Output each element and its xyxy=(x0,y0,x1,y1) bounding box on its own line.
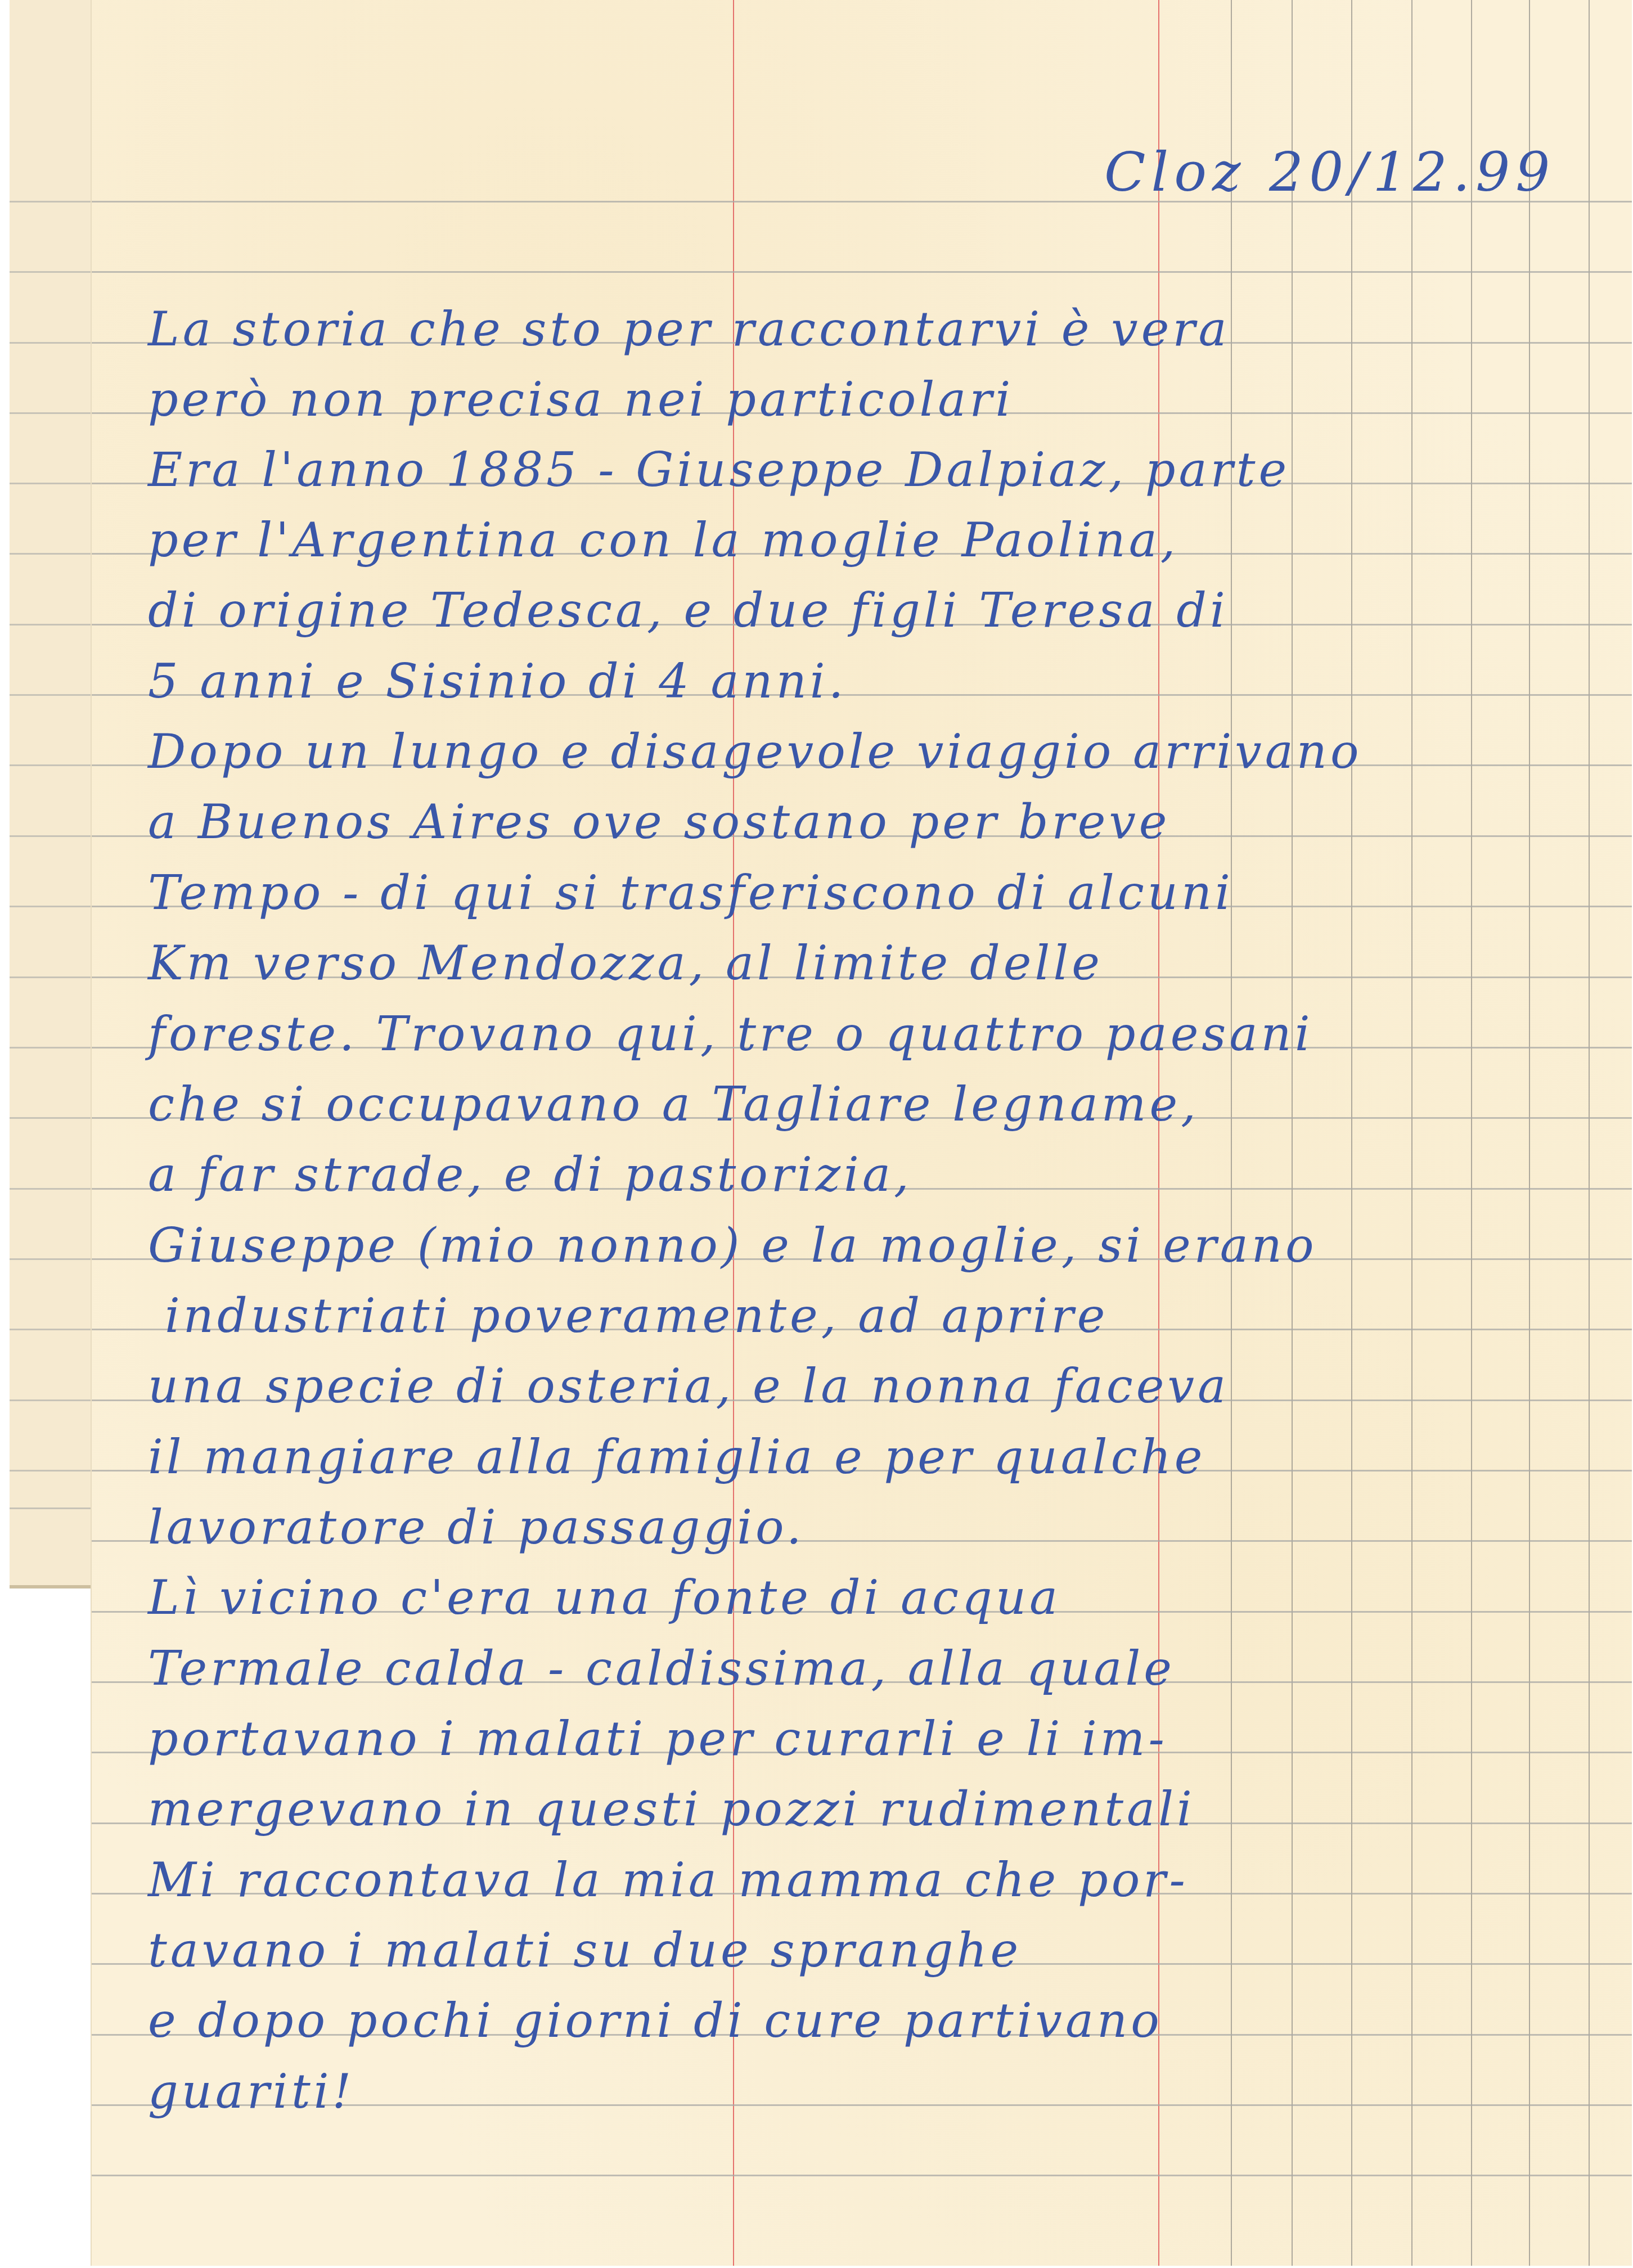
ruled-line xyxy=(10,835,100,837)
text-line: tavano i malati su due spranghe xyxy=(148,1927,1022,1974)
text-line: una specie di osteria, e la nonna faceva xyxy=(148,1362,1229,1410)
text-line: 5 anni e Sisinio di 4 anni. xyxy=(148,658,847,705)
underlying-paper-stub xyxy=(10,0,100,1588)
text-line: a Buenos Aires ove sostano per breve xyxy=(148,798,1171,845)
ruled-line xyxy=(92,271,1632,273)
ruled-line xyxy=(10,1399,100,1401)
ruled-line xyxy=(10,271,100,273)
text-line: di origine Tedesca, e due figli Teresa d… xyxy=(148,587,1229,634)
ruled-line xyxy=(10,483,100,484)
ruled-line xyxy=(10,1470,100,1471)
text-line: Km verso Mendozza, al limite delle xyxy=(148,939,1103,987)
ruled-line xyxy=(10,976,100,978)
ruled-line xyxy=(10,342,100,344)
text-line: che si occupavano a Tagliare legname, xyxy=(148,1081,1199,1128)
column-line xyxy=(1411,0,1412,2266)
text-line: lavoratore di passaggio. xyxy=(148,1504,805,1551)
column-line xyxy=(1529,0,1530,2266)
ruled-line xyxy=(10,201,100,202)
text-line: Dopo un lungo e disagevole viaggio arriv… xyxy=(148,728,1362,775)
ruled-line xyxy=(92,2175,1632,2176)
text-line: però non precisa nei particolari xyxy=(148,376,1014,423)
text-line: mergevano in questi pozzi rudimentali xyxy=(148,1785,1195,1833)
ruled-line xyxy=(10,624,100,625)
text-line: a far strade, e di pastorizia, xyxy=(148,1151,912,1198)
text-line: Lì vicino c'era una fonte di acqua xyxy=(148,1574,1061,1621)
text-line: il mangiare alla famiglia e per qualche xyxy=(148,1433,1206,1480)
place-and-date: Cloz 20/12.99 xyxy=(1104,145,1555,199)
letter-page: Cloz 20/12.99 La storia che sto per racc… xyxy=(92,0,1632,2266)
column-line xyxy=(1231,0,1232,2266)
ruled-line xyxy=(10,553,100,555)
column-line xyxy=(1351,0,1352,2266)
ruled-line xyxy=(10,1258,100,1260)
ruled-line xyxy=(10,1047,100,1048)
ruled-line xyxy=(10,1117,100,1119)
ruled-line xyxy=(10,906,100,907)
text-line: Giuseppe (mio nonno) e la moglie, si era… xyxy=(148,1222,1317,1269)
column-line xyxy=(1471,0,1472,2266)
text-line: industriati poveramente, ad aprire xyxy=(165,1292,1109,1339)
text-line: e dopo pochi giorni di cure partivano xyxy=(148,1997,1163,2044)
text-line: La storia che sto per raccontarvi è vera xyxy=(148,305,1230,353)
column-line xyxy=(1292,0,1293,2266)
ruled-line xyxy=(10,1507,100,1509)
text-line: Era l'anno 1885 - Giuseppe Dalpiaz, part… xyxy=(148,446,1290,493)
ruled-line xyxy=(10,764,100,766)
text-line: Mi raccontava la mia mamma che por- xyxy=(148,1856,1189,1903)
ruled-line xyxy=(10,1188,100,1190)
text-line: guariti! xyxy=(148,2068,354,2115)
text-line: per l'Argentina con la moglie Paolina, xyxy=(148,516,1178,564)
column-line xyxy=(1589,0,1590,2266)
text-line: Tempo - di qui si trasferiscono di alcun… xyxy=(148,869,1234,916)
text-line: foreste. Trovano qui, tre o quattro paes… xyxy=(148,1010,1313,1057)
ruled-line xyxy=(10,1329,100,1330)
ruled-line xyxy=(10,694,100,696)
ruled-line xyxy=(10,412,100,414)
text-line: portavano i malati per curarli e li im- xyxy=(148,1715,1168,1762)
text-line: Termale calda - caldissima, alla quale xyxy=(148,1645,1175,1692)
